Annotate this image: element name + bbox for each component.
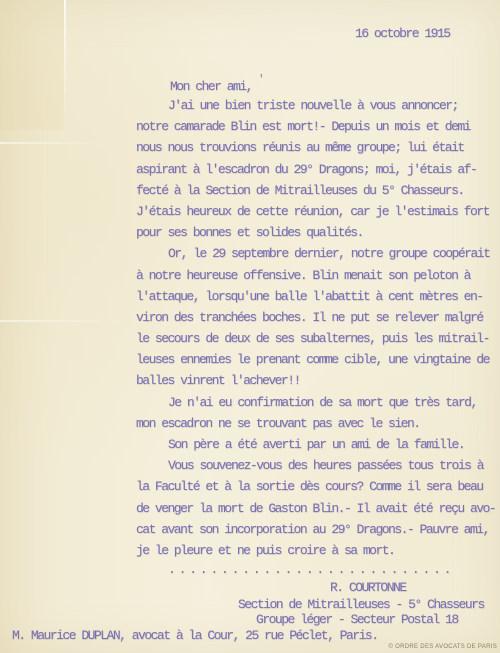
- letter-page: 16 octobre 1915 Mon cher ami, ' J'ai une…: [0, 0, 500, 653]
- letter-line: nous nous trouvions réunis au même group…: [136, 137, 492, 158]
- paper-horizontal-crease: [0, 320, 130, 322]
- letter-line: J'étais heureux de cette réunion, car je…: [136, 201, 492, 222]
- stray-apostrophe-mark: ': [258, 74, 263, 86]
- letter-line: cat avant son incorporation au 29° Drago…: [136, 519, 492, 540]
- letter-line: Or, le 29 septembre dernier, notre group…: [136, 243, 492, 264]
- archive-copyright-stamp: © ORDRE DES AVOCATS DE PARIS: [388, 644, 497, 650]
- letter-line: leuses ennemies le prenant comme cible, …: [136, 349, 492, 370]
- letter-date: 16 octobre 1915: [355, 26, 450, 41]
- letter-line: viron des tranchées boches. Il ne put se…: [136, 307, 492, 328]
- letter-line: notre camarade Blin est mort!- Depuis un…: [136, 116, 492, 137]
- signature-unit: Section de Mitrailleuses - 5° Chasseurs: [238, 597, 484, 612]
- paper-left-band: [0, 0, 64, 130]
- letter-body: J'ai une bien triste nouvelle à vous ann…: [136, 95, 492, 561]
- paper-horizontal-crease: [0, 142, 110, 144]
- letter-line: aspirant à l'escadron du 29° Dragons; mo…: [136, 159, 492, 180]
- signature-name: R. COURTONNE: [330, 580, 406, 595]
- letter-salutation: Mon cher ami,: [170, 79, 252, 94]
- letter-line: l'attaque, lorsqu'une balle l'abattit à …: [136, 286, 492, 307]
- letter-line: le secours de deux de ses subalternes, p…: [136, 328, 492, 349]
- letter-line: pour ses bonnes et solides qualités.: [136, 222, 492, 243]
- letter-line: mon escadron ne se trouvant pas avec le …: [136, 413, 492, 434]
- letter-line: Son père a été averti par un ami de la f…: [136, 434, 492, 455]
- letter-line: balles vinrent l'achever!!: [136, 370, 492, 391]
- letter-line: fecté à la Section de Mitrailleuses du 5…: [136, 180, 492, 201]
- letter-line: la Faculté et à la sortie dès cours? Com…: [136, 476, 492, 497]
- letter-line: Je n'ai eu confirmation de sa mort que t…: [136, 392, 492, 413]
- signature-dotted-line: . . . . . . . . . . . . . . . . . . . . …: [168, 562, 449, 577]
- letter-line: Vous souvenez-vous des heures passées to…: [136, 455, 492, 476]
- letter-line: de venger la mort de Gaston Blin.- Il av…: [136, 498, 492, 519]
- signature-group: Groupe léger - Secteur Postal 18: [256, 612, 458, 627]
- letter-line: je le pleure et ne puis croire à sa mort…: [136, 540, 492, 561]
- recipient-address-line: M. Maurice DUPLAN, avocat à la Cour, 25 …: [12, 628, 377, 643]
- letter-line: J'ai une bien triste nouvelle à vous ann…: [136, 95, 492, 116]
- letter-line: à notre heureuse offensive. Blin menait …: [136, 265, 492, 286]
- paper-vertical-crease: [64, 0, 66, 112]
